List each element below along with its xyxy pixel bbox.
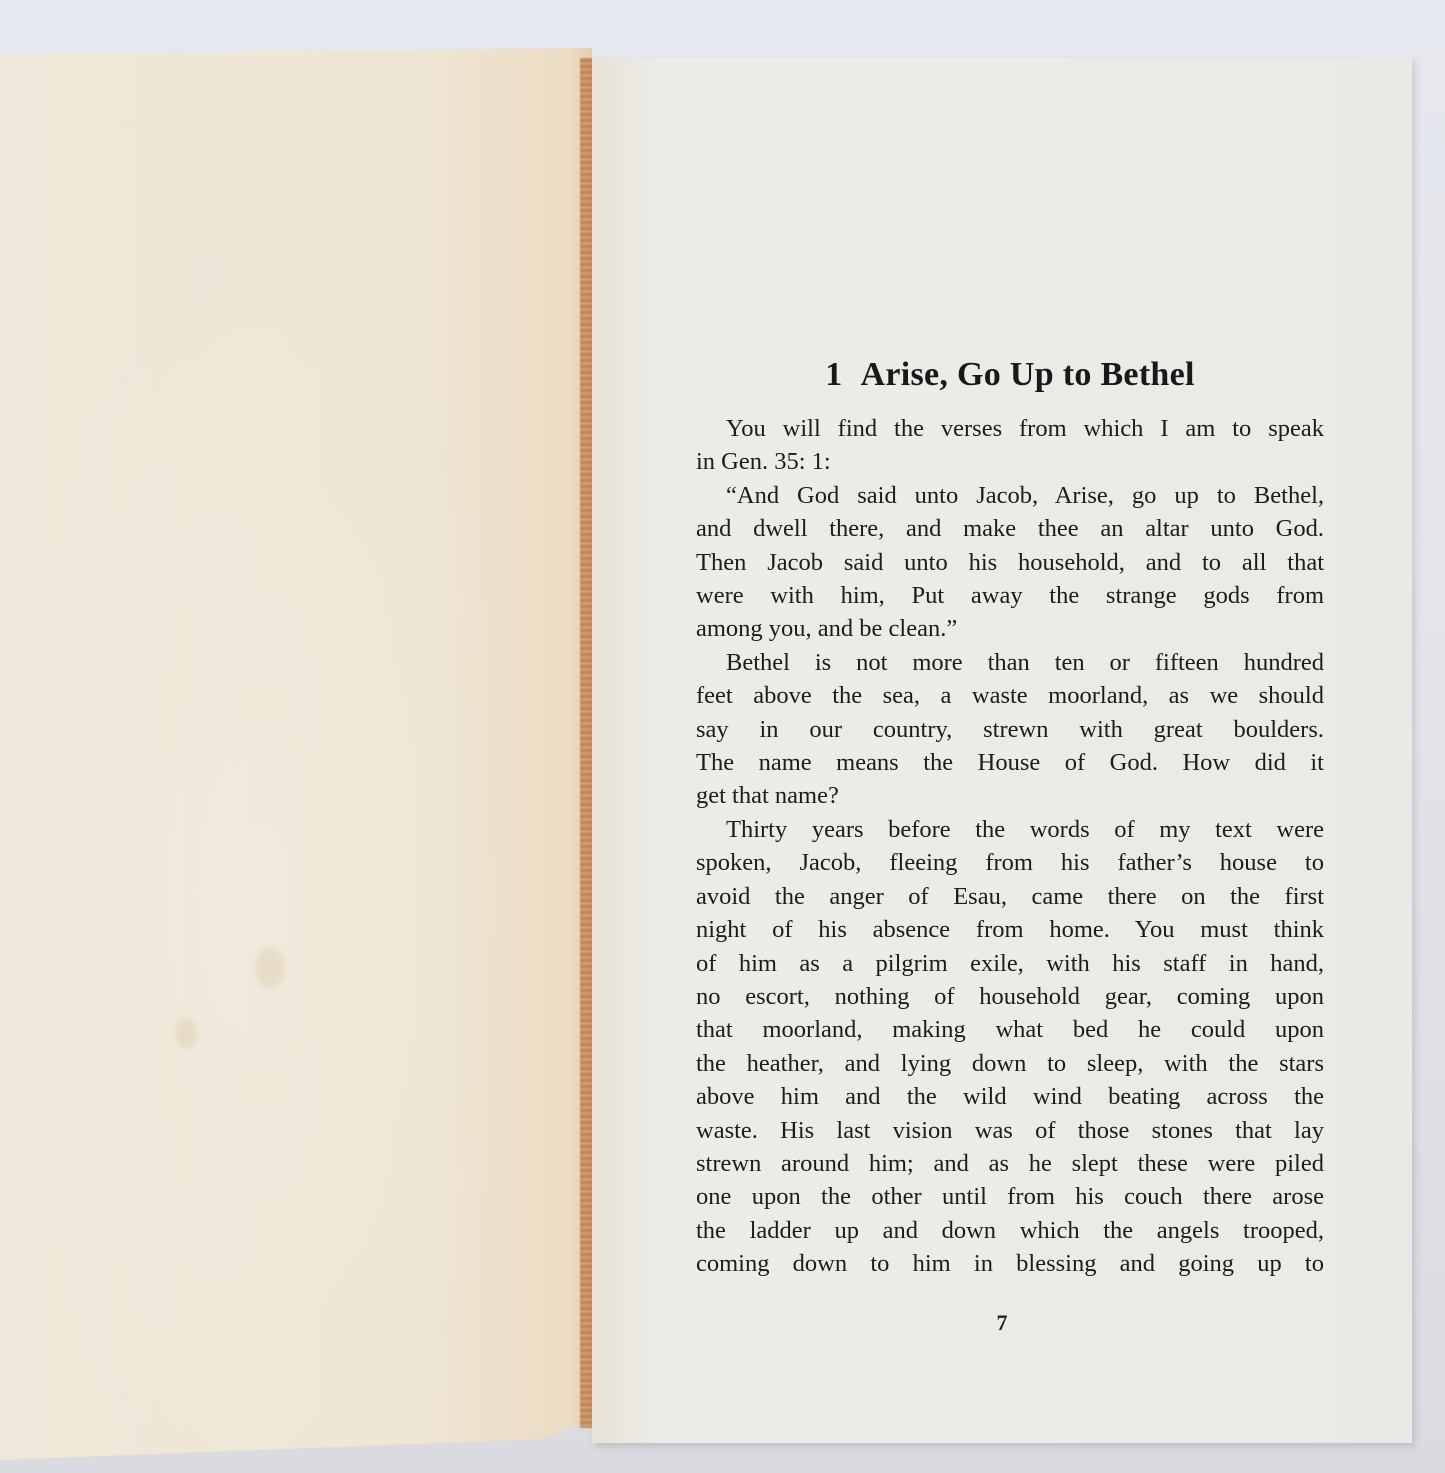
text-line: avoid the anger of Esau, came there on t… [696,880,1324,913]
text-line: say in our country, strewn with great bo… [696,713,1324,746]
text-line: get that name? [696,779,1324,812]
paper-stain [175,1018,197,1048]
text-line: spoken, Jacob, fleeing from his father’s… [696,846,1324,879]
text-line: of him as a pilgrim exile, with his staf… [696,947,1324,980]
paragraph-4: Thirty years before the words of my text… [696,813,1324,1281]
paper-stain [255,948,285,988]
text-line: strewn around him; and as he slept these… [696,1147,1324,1180]
paragraph-2-scripture-quote: “And God said unto Jacob, Arise, go up t… [696,479,1324,646]
text-line: no escort, nothing of household gear, co… [696,980,1324,1013]
text-line: Then Jacob said unto his household, and … [696,546,1324,579]
page-text-block: 1Arise, Go Up to Bethel You will find th… [696,356,1324,1281]
right-page: 1Arise, Go Up to Bethel You will find th… [592,58,1412,1443]
text-line: Bethel is not more than ten or fifteen h… [696,646,1324,679]
text-line: above him and the wild wind beating acro… [696,1080,1324,1113]
text-line: in Gen. 35: 1: [696,445,1324,478]
chapter-heading: 1Arise, Go Up to Bethel [696,356,1324,394]
paragraph-3: Bethel is not more than ten or fifteen h… [696,646,1324,813]
left-page-blank [0,48,592,1460]
text-line: among you, and be clean.” [696,612,1324,645]
text-line: were with him, Put away the strange gods… [696,579,1324,612]
text-line: Thirty years before the words of my text… [696,813,1324,846]
text-line: waste. His last vision was of those ston… [696,1114,1324,1147]
text-line: You will find the verses from which I am… [696,412,1324,445]
text-line: one upon the other until from his couch … [696,1180,1324,1213]
text-line: and dwell there, and make thee an altar … [696,512,1324,545]
text-line: night of his absence from home. You must… [696,913,1324,946]
page-number: 7 [592,1310,1412,1336]
text-line: “And God said unto Jacob, Arise, go up t… [696,479,1324,512]
text-line: that moorland, making what bed he could … [696,1013,1324,1046]
text-line: feet above the sea, a waste moorland, as… [696,679,1324,712]
chapter-number: 1 [825,356,842,393]
text-line: coming down to him in blessing and going… [696,1247,1324,1280]
text-line: the heather, and lying down to sleep, wi… [696,1047,1324,1080]
text-line: The name means the House of God. How did… [696,746,1324,779]
text-line: the ladder up and down which the angels … [696,1214,1324,1247]
chapter-title: Arise, Go Up to Bethel [861,356,1195,393]
paragraph-1: You will find the verses from which I am… [696,412,1324,479]
